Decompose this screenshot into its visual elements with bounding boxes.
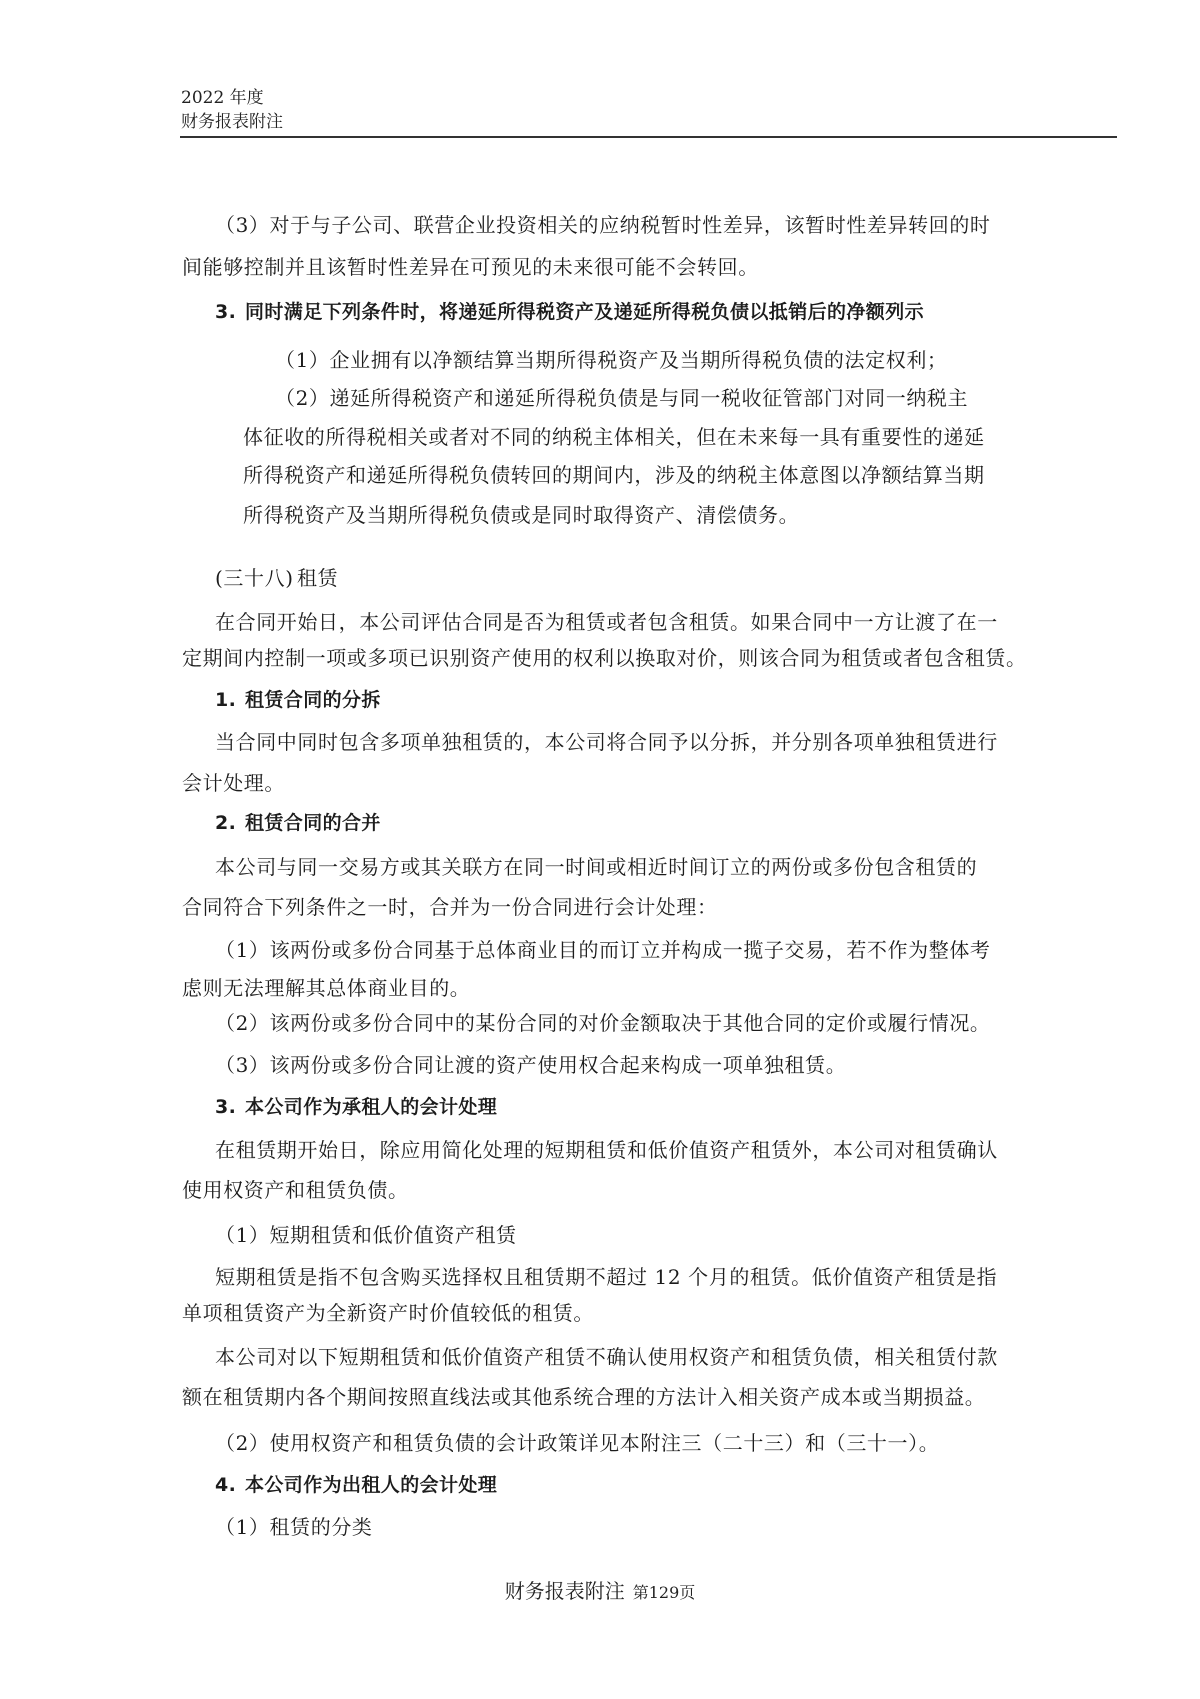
heading-number: 1.: [215, 688, 245, 712]
paragraph-line: 单项租赁资产为全新资产时价值较低的租赁。: [182, 1301, 594, 1325]
paragraph-line: 本公司对以下短期租赁和低价值资产租赁不确认使用权资产和租赁负债，相关租赁付款: [215, 1345, 998, 1369]
header-year: 2022 年度: [181, 88, 264, 108]
heading-text: 租赁合同的合并: [245, 812, 381, 834]
paragraph-line: 在租赁期开始日，除应用简化处理的短期租赁和低价值资产租赁外，本公司对租赁确认: [215, 1138, 998, 1162]
paragraph-line: （3）对于与子公司、联营企业投资相关的应纳税暂时性差异，该暂时性差异转回的时: [215, 213, 991, 237]
heading-lessor-accounting: 4.本公司作为出租人的会计处理: [215, 1473, 497, 1497]
paragraph-line: 定期间内控制一项或多项已识别资产使用的权利以换取对价，则该合同为租赁或者包含租赁…: [182, 646, 1027, 670]
header-title: 财务报表附注: [181, 112, 283, 132]
footer-title: 财务报表附注: [505, 1579, 625, 1603]
heading-text: 租赁合同的分拆: [245, 689, 381, 711]
heading-lease-merge: 2.租赁合同的合并: [215, 811, 381, 835]
list-item: （3）该两份或多份合同让渡的资产使用权合起来构成一项单独租赁。: [215, 1053, 846, 1077]
heading-number: 2.: [215, 811, 245, 835]
heading-number: 3.: [215, 300, 245, 324]
section-title: 租赁: [297, 566, 338, 590]
header-rule: [180, 136, 1117, 138]
heading-offset-conditions: 3.同时满足下列条件时，将递延所得税资产及递延所得税负债以抵销后的净额列示: [215, 300, 924, 324]
paragraph-line: 间能够控制并且该暂时性差异在可预见的未来很可能不会转回。: [182, 255, 759, 279]
list-item: （1）企业拥有以净额结算当期所得税资产及当期所得税负债的法定权利；: [275, 348, 948, 372]
list-item: （1）该两份或多份合同基于总体商业目的而订立并构成一揽子交易，若不作为整体考: [215, 938, 991, 962]
heading-lessee-accounting: 3.本公司作为承租人的会计处理: [215, 1095, 497, 1119]
paragraph-line: 所得税资产和递延所得税负债转回的期间内，涉及的纳税主体意图以净额结算当期: [243, 463, 985, 487]
section-number: (三十八): [215, 566, 297, 590]
heading-text: 同时满足下列条件时，将递延所得税资产及递延所得税负债以抵销后的净额列示: [245, 301, 924, 323]
paragraph-line: 当合同中同时包含多项单独租赁的，本公司将合同予以分拆，并分别各项单独租赁进行: [215, 730, 998, 754]
paragraph-line: 体征收的所得税相关或者对不同的纳税主体相关，但在未来每一具有重要性的递延: [243, 425, 985, 449]
heading-number: 4.: [215, 1473, 245, 1497]
paragraph-line: 使用权资产和租赁负债。: [182, 1178, 409, 1202]
heading-text: 本公司作为出租人的会计处理: [245, 1474, 497, 1496]
paragraph-line: 合同符合下列条件之一时，合并为一份合同进行会计处理：: [182, 895, 718, 919]
paragraph-line: 所得税资产及当期所得税负债或是同时取得资产、清偿债务。: [243, 503, 799, 527]
section-heading-lease: (三十八)租赁: [215, 566, 338, 590]
page-number: 第129页: [633, 1583, 696, 1602]
list-item: （2）该两份或多份合同中的某份合同的对价金额取决于其他合同的定价或履行情况。: [215, 1011, 991, 1035]
paragraph-line: 会计处理。: [182, 771, 285, 795]
paragraph-line: 在合同开始日，本公司评估合同是否为租赁或者包含租赁。如果合同中一方让渡了在一: [215, 610, 998, 634]
heading-lease-split: 1.租赁合同的分拆: [215, 688, 381, 712]
list-item: （2）使用权资产和租赁负债的会计政策详见本附注三（二十三）和（三十一）。: [215, 1431, 939, 1455]
list-item: （1）租赁的分类: [215, 1515, 373, 1539]
list-item: （1）短期租赁和低价值资产租赁: [215, 1223, 517, 1247]
page-footer: 财务报表附注第129页: [0, 1575, 1200, 1604]
paragraph-line: 额在租赁期内各个期间按照直线法或其他系统合理的方法计入相关资产成本或当期损益。: [182, 1385, 985, 1409]
paragraph-line: 虑则无法理解其总体商业目的。: [182, 976, 470, 1000]
paragraph-line: 短期租赁是指不包含购买选择权且租赁期不超过 12 个月的租赁。低价值资产租赁是指: [215, 1265, 997, 1289]
list-item: （2）递延所得税资产和递延所得税负债是与同一税收征管部门对同一纳税主: [275, 386, 968, 410]
heading-text: 本公司作为承租人的会计处理: [245, 1096, 497, 1118]
heading-number: 3.: [215, 1095, 245, 1119]
paragraph-line: 本公司与同一交易方或其关联方在同一时间或相近时间订立的两份或多份包含租赁的: [215, 855, 977, 879]
